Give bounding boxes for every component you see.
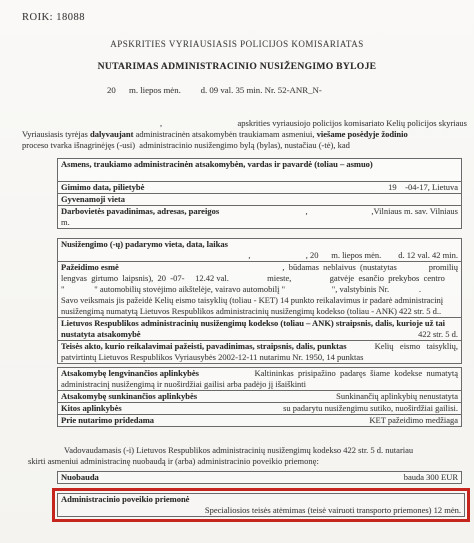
mitigating-value-line1: Kaltininkas prisipažino padaręs šiame ko…: [255, 368, 458, 379]
person-name-label: Asmens, traukiamo administracinėn atsako…: [61, 159, 458, 170]
intro-bold-text: viešame posėdyje žodinio: [317, 129, 408, 139]
circumstances-table: Atsakomybę lengvinančios aplinkybės Kalt…: [57, 367, 462, 427]
birth-label: Gimimo data, pilietybė: [61, 182, 144, 193]
essence-text-line: Savo veiksmais jis pažeidė Kelių eismo t…: [61, 295, 458, 306]
ank-article-label-line1: Lietuvos Respublikos administracinių nus…: [61, 318, 458, 329]
institution-heading: APSKRITIES VYRIAUSIASIS POLICIJOS KOMISA…: [0, 39, 474, 50]
fine-label: Nuobauda: [61, 472, 99, 483]
table-row-attachments: Prie nutarimo pridedama KET pažeidimo me…: [58, 414, 461, 426]
essence-text-line: " " automobilių stovėjimo aikštelėje, va…: [61, 284, 458, 295]
table-row-legal-act: Teisės akto, kurio reikalavimai pažeisti…: [58, 340, 461, 363]
intro-institution-ref: apskrities vyriausiojo policijos komisar…: [238, 118, 467, 129]
ank-article-line-2: nustatyta atsakomybė 422 str. 5 d.: [61, 329, 458, 340]
essence-text-line: nusižengimą numatytą Lietuvos Respubliko…: [61, 306, 458, 317]
ank-article-label-line2: nustatyta atsakomybė: [61, 329, 141, 340]
aggravating-value: Sunkinančių aplinkybių nenustatyta: [336, 391, 458, 402]
place-label: Nusižengimo (-ų) padarymo vieta, data, l…: [61, 239, 458, 250]
fine-table: Nuobauda bauda 300 EUR: [57, 471, 462, 484]
birth-value: 19 -04-17, Lietuva: [388, 182, 458, 193]
violation-table: Nusižengimo (-ų) padarymo vieta, data, l…: [57, 238, 462, 364]
red-highlight-annotation: Administracinio poveikio priemonė Specia…: [52, 488, 470, 522]
roik-number: ROIK: 18088: [22, 12, 85, 23]
table-row-place: Nusižengimo (-ų) padarymo vieta, data, l…: [58, 239, 461, 261]
essence-line-1: Pažeidimo esmė , būdamas neblaivus (nust…: [61, 262, 458, 273]
intro-line-3: proceso tvarka išnagrinėjęs (-usi) admin…: [22, 140, 467, 151]
essence-label: Pažeidimo esmė: [61, 262, 119, 273]
table-row-person-name: Asmens, traukiamo administracinėn atsako…: [58, 159, 461, 181]
document-title: NUTARIMAS ADMINISTRACINIO NUSIŽENGIMO BY…: [0, 61, 474, 72]
essence-value-start: , būdamas neblaivus (nustatytas promilių: [282, 262, 458, 273]
intro-text: administracinėn atsakomybėn traukiamam a…: [133, 129, 316, 139]
intro-blank-comma: ,: [160, 118, 162, 129]
intro-bold-text: dalyvaujant: [90, 129, 133, 139]
table-row-ank-article: Lietuvos Respublikos administracinių nus…: [58, 317, 461, 340]
attachments-value: KET pažeidimo medžiaga: [369, 415, 458, 426]
table-row-residence: Gyvenamoji vieta: [58, 193, 461, 205]
document-page: ROIK: 18088 APSKRITIES VYRIAUSIASIS POLI…: [0, 0, 474, 543]
ank-article-value: 422 str. 5 d.: [418, 329, 458, 340]
person-table: Asmens, traukiamo administracinėn atsako…: [57, 158, 462, 229]
legal-act-line-1: Teisės akto, kurio reikalavimai pažeisti…: [61, 341, 458, 352]
decision-paragraph-line2: skirti asmeniui administracinę nuobaudą …: [28, 456, 467, 467]
legal-act-value-line1: Kelių eismo taisyklių,: [375, 341, 458, 352]
legal-act-value-line2: patvirtintų Lietuvos Respublikos Vyriaus…: [61, 352, 458, 363]
measure-value: Specialiosios teisės atėmimas (teisė vai…: [61, 505, 461, 516]
intro-line-1: , apskrities vyriausiojo policijos komis…: [22, 118, 467, 129]
table-row-administrative-measure: Administracinio poveikio priemonė Specia…: [57, 493, 465, 517]
legal-act-label: Teisės akto, kurio reikalavimai pažeisti…: [61, 341, 347, 352]
place-value: , , 20 m. liepos mėn. d. 12 val. 42 min.: [61, 250, 458, 261]
other-circumstances-value: su padarytu nusižengimu sutiko, nuoširdž…: [283, 403, 458, 414]
other-circumstances-label: Kitos aplinkybės: [61, 403, 122, 414]
table-row-birth: Gimimo data, pilietybė 19 -04-17, Lietuv…: [58, 181, 461, 193]
residence-label: Gyvenamoji vieta: [61, 194, 458, 205]
workplace-value-continued: m.: [61, 217, 458, 228]
intro-text: Vyriausiasis tyrėjas: [22, 129, 90, 139]
workplace-line-1: Darbovietės pavadinimas, adresas, pareig…: [61, 206, 458, 217]
table-row-mitigating: Atsakomybę lengvinančios aplinkybės Kalt…: [58, 368, 461, 390]
intro-line-2: Vyriausiasis tyrėjas dalyvaujant adminis…: [22, 129, 467, 140]
document-date-number-line: 20 m. liepos mėn. d. 09 val. 35 min. Nr.…: [107, 85, 322, 96]
mitigating-value-line2: administracinį nusižengimą ir nuoširdžia…: [61, 379, 458, 390]
table-row-aggravating: Atsakomybę sunkinančios aplinkybės Sunki…: [58, 390, 461, 402]
table-row-workplace: Darbovietės pavadinimas, adresas, pareig…: [58, 205, 461, 228]
workplace-value: , ,Vilniaus m. sav. Vilniaus: [306, 206, 458, 217]
attachments-label: Prie nutarimo pridedama: [61, 415, 154, 426]
measure-label: Administracinio poveikio priemonė: [61, 494, 461, 505]
table-row-other-circumstances: Kitos aplinkybės su padarytu nusižengimu…: [58, 402, 461, 414]
table-row-essence: Pažeidimo esmė , būdamas neblaivus (nust…: [58, 261, 461, 317]
mitigating-label: Atsakomybę lengvinančios aplinkybės: [61, 368, 199, 379]
decision-paragraph: Vadovaudamasis (-i) Lietuvos Respublikos…: [28, 445, 467, 467]
decision-paragraph-line1: Vadovaudamasis (-i) Lietuvos Respublikos…: [28, 445, 467, 456]
table-row-fine: Nuobauda bauda 300 EUR: [58, 472, 461, 483]
intro-paragraph: , apskrities vyriausiojo policijos komis…: [22, 118, 467, 151]
person-name-value: [61, 170, 458, 181]
essence-text-line: lengvas girtumo laipsnis), 20 -07- 12.42…: [61, 273, 458, 284]
workplace-label: Darbovietės pavadinimas, adresas, pareig…: [61, 206, 219, 217]
mitigating-line-1: Atsakomybę lengvinančios aplinkybės Kalt…: [61, 368, 458, 379]
fine-value: bauda 300 EUR: [404, 472, 458, 483]
aggravating-label: Atsakomybę sunkinančios aplinkybės: [61, 391, 197, 402]
